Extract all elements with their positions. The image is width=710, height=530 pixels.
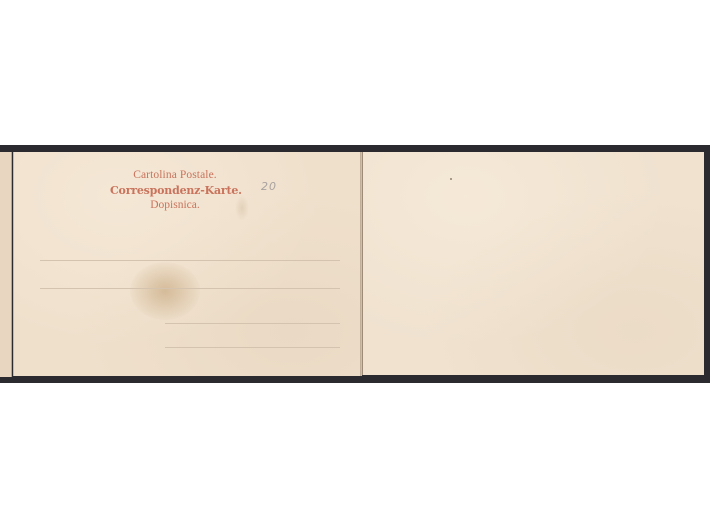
header-croatian: Dopisnica. xyxy=(120,198,230,213)
handwritten-note: 20 xyxy=(261,180,277,193)
postcard-header: Cartolina Postale. Correspondenz-Karte. … xyxy=(120,168,230,213)
address-line-3 xyxy=(165,323,340,324)
address-line-1 xyxy=(40,260,340,261)
header-german: Correspondenz-Karte. xyxy=(110,183,240,198)
address-line-2 xyxy=(40,288,340,289)
address-line-4 xyxy=(165,347,340,348)
stain-mark xyxy=(130,262,200,320)
postcard-back xyxy=(362,152,704,375)
speck-mark xyxy=(450,178,452,180)
stain-mark-small xyxy=(235,195,249,221)
header-italian: Cartolina Postale. xyxy=(120,168,230,183)
postcard-left-flap xyxy=(0,152,12,377)
